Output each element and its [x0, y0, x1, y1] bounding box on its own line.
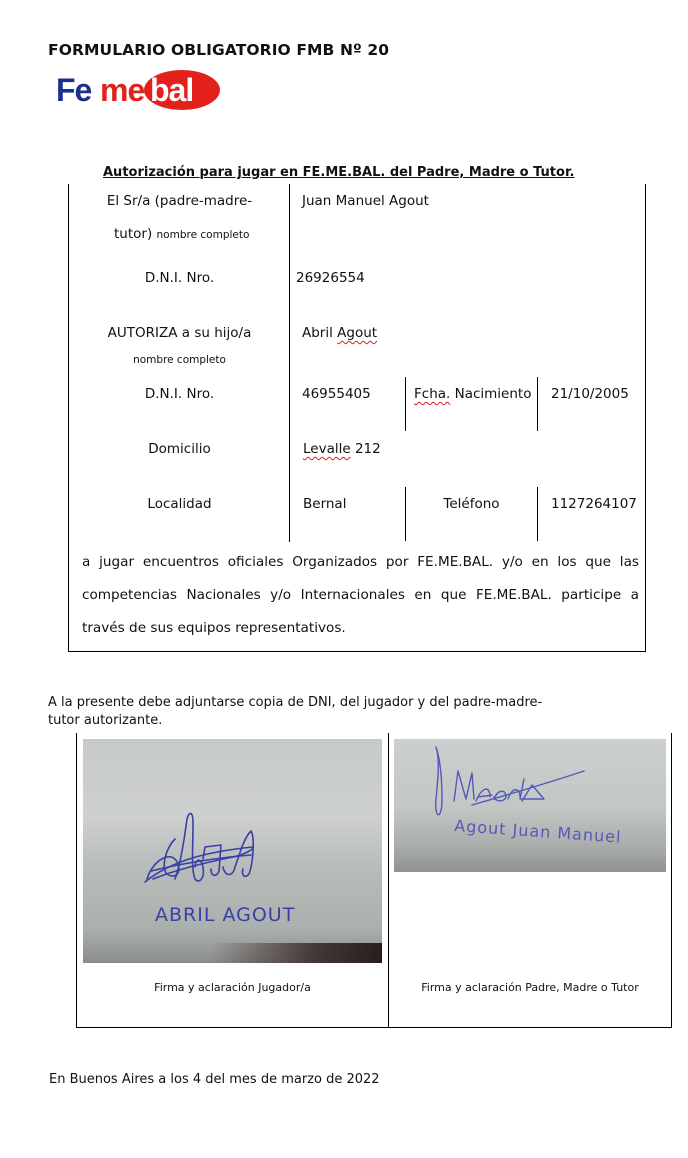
logo-text-me: me	[100, 72, 144, 109]
guardian-name: Juan Manuel Agout	[302, 193, 429, 209]
address-label: Domicilio	[70, 441, 289, 457]
form-title: FORMULARIO OBLIGATORIO FMB Nº 20	[48, 41, 389, 59]
guardian-signature-photo: Agout Juan Manuel	[394, 739, 666, 872]
player-signature-photo: ABRIL AGOUT	[83, 739, 382, 963]
sig-table-border-bottom	[76, 1027, 672, 1028]
birthdate-label: Fcha. Nacimiento	[414, 386, 531, 402]
authorization-paragraph: a jugar encuentros oficiales Organizados…	[82, 546, 639, 645]
locality-label: Localidad	[70, 496, 289, 512]
birthdate-label-abbr: Fcha.	[414, 386, 450, 402]
address-street: Levalle	[303, 441, 351, 457]
table-border-right	[645, 184, 646, 652]
birthdate-field[interactable]: 21/10/2005	[551, 386, 629, 402]
address-field[interactable]: Levalle 212	[303, 441, 381, 457]
guardian-dni-label: D.N.I. Nro.	[70, 270, 289, 286]
guardian-signature-drawing: Agout Juan Manuel	[394, 739, 666, 872]
guardian-label-note: nombre completo	[157, 229, 250, 241]
attachment-note: A la presente debe adjuntarse copia de D…	[48, 694, 568, 730]
place-and-date: En Buenos Aires a los 4 del mes de marzo…	[49, 1072, 380, 1087]
player-signature-drawing: ABRIL AGOUT	[83, 739, 382, 963]
guardian-dni-field[interactable]: 26926554	[296, 270, 365, 286]
table-border-bottom	[68, 651, 646, 652]
address-number: 212	[355, 441, 381, 457]
phone-label: Teléfono	[406, 496, 537, 512]
guardian-label-tutor: tutor)	[114, 226, 152, 242]
svg-text:ABRIL AGOUT: ABRIL AGOUT	[155, 904, 295, 926]
logo-text-bal: bal	[150, 72, 193, 109]
sig-table-border-right	[671, 733, 672, 1028]
logo-text-fe: Fe	[56, 72, 91, 109]
child-label: AUTORIZA a su hijo/a	[70, 325, 289, 341]
child-first-name: Abril	[302, 325, 333, 341]
svg-text:Agout Juan Manuel: Agout Juan Manuel	[454, 816, 622, 847]
guardian-label-line2: tutor) nombre completo	[114, 226, 249, 242]
child-dni-field[interactable]: 46955405	[302, 386, 371, 402]
table-divider-birth-date	[537, 377, 538, 431]
child-label-note: nombre completo	[70, 354, 289, 366]
phone-field[interactable]: 1127264107	[551, 496, 637, 512]
player-signature-caption: Firma y aclaración Jugador/a	[77, 981, 388, 994]
birthdate-label-word: Nacimiento	[455, 386, 532, 402]
child-dni-label: D.N.I. Nro.	[70, 386, 289, 402]
locality-field[interactable]: Bernal	[303, 496, 346, 512]
photo-shadow	[212, 943, 382, 963]
child-last-name: Agout	[337, 325, 377, 341]
child-name-field[interactable]: Abril Agout	[302, 325, 377, 341]
table-border-left	[68, 184, 69, 652]
guardian-signature-caption: Firma y aclaración Padre, Madre o Tutor	[389, 981, 671, 994]
table-divider-phone-value	[537, 487, 538, 541]
table-divider-dni-birth	[405, 377, 406, 431]
femebal-logo: Fe me bal	[56, 70, 226, 112]
table-divider-label-column	[289, 184, 290, 542]
authorization-title: Autorización para jugar en FE.ME.BAL. de…	[103, 165, 574, 180]
guardian-label-line1: El Sr/a (padre-madre-	[70, 193, 289, 209]
guardian-name-field[interactable]: Juan Manuel Agout	[302, 193, 429, 209]
